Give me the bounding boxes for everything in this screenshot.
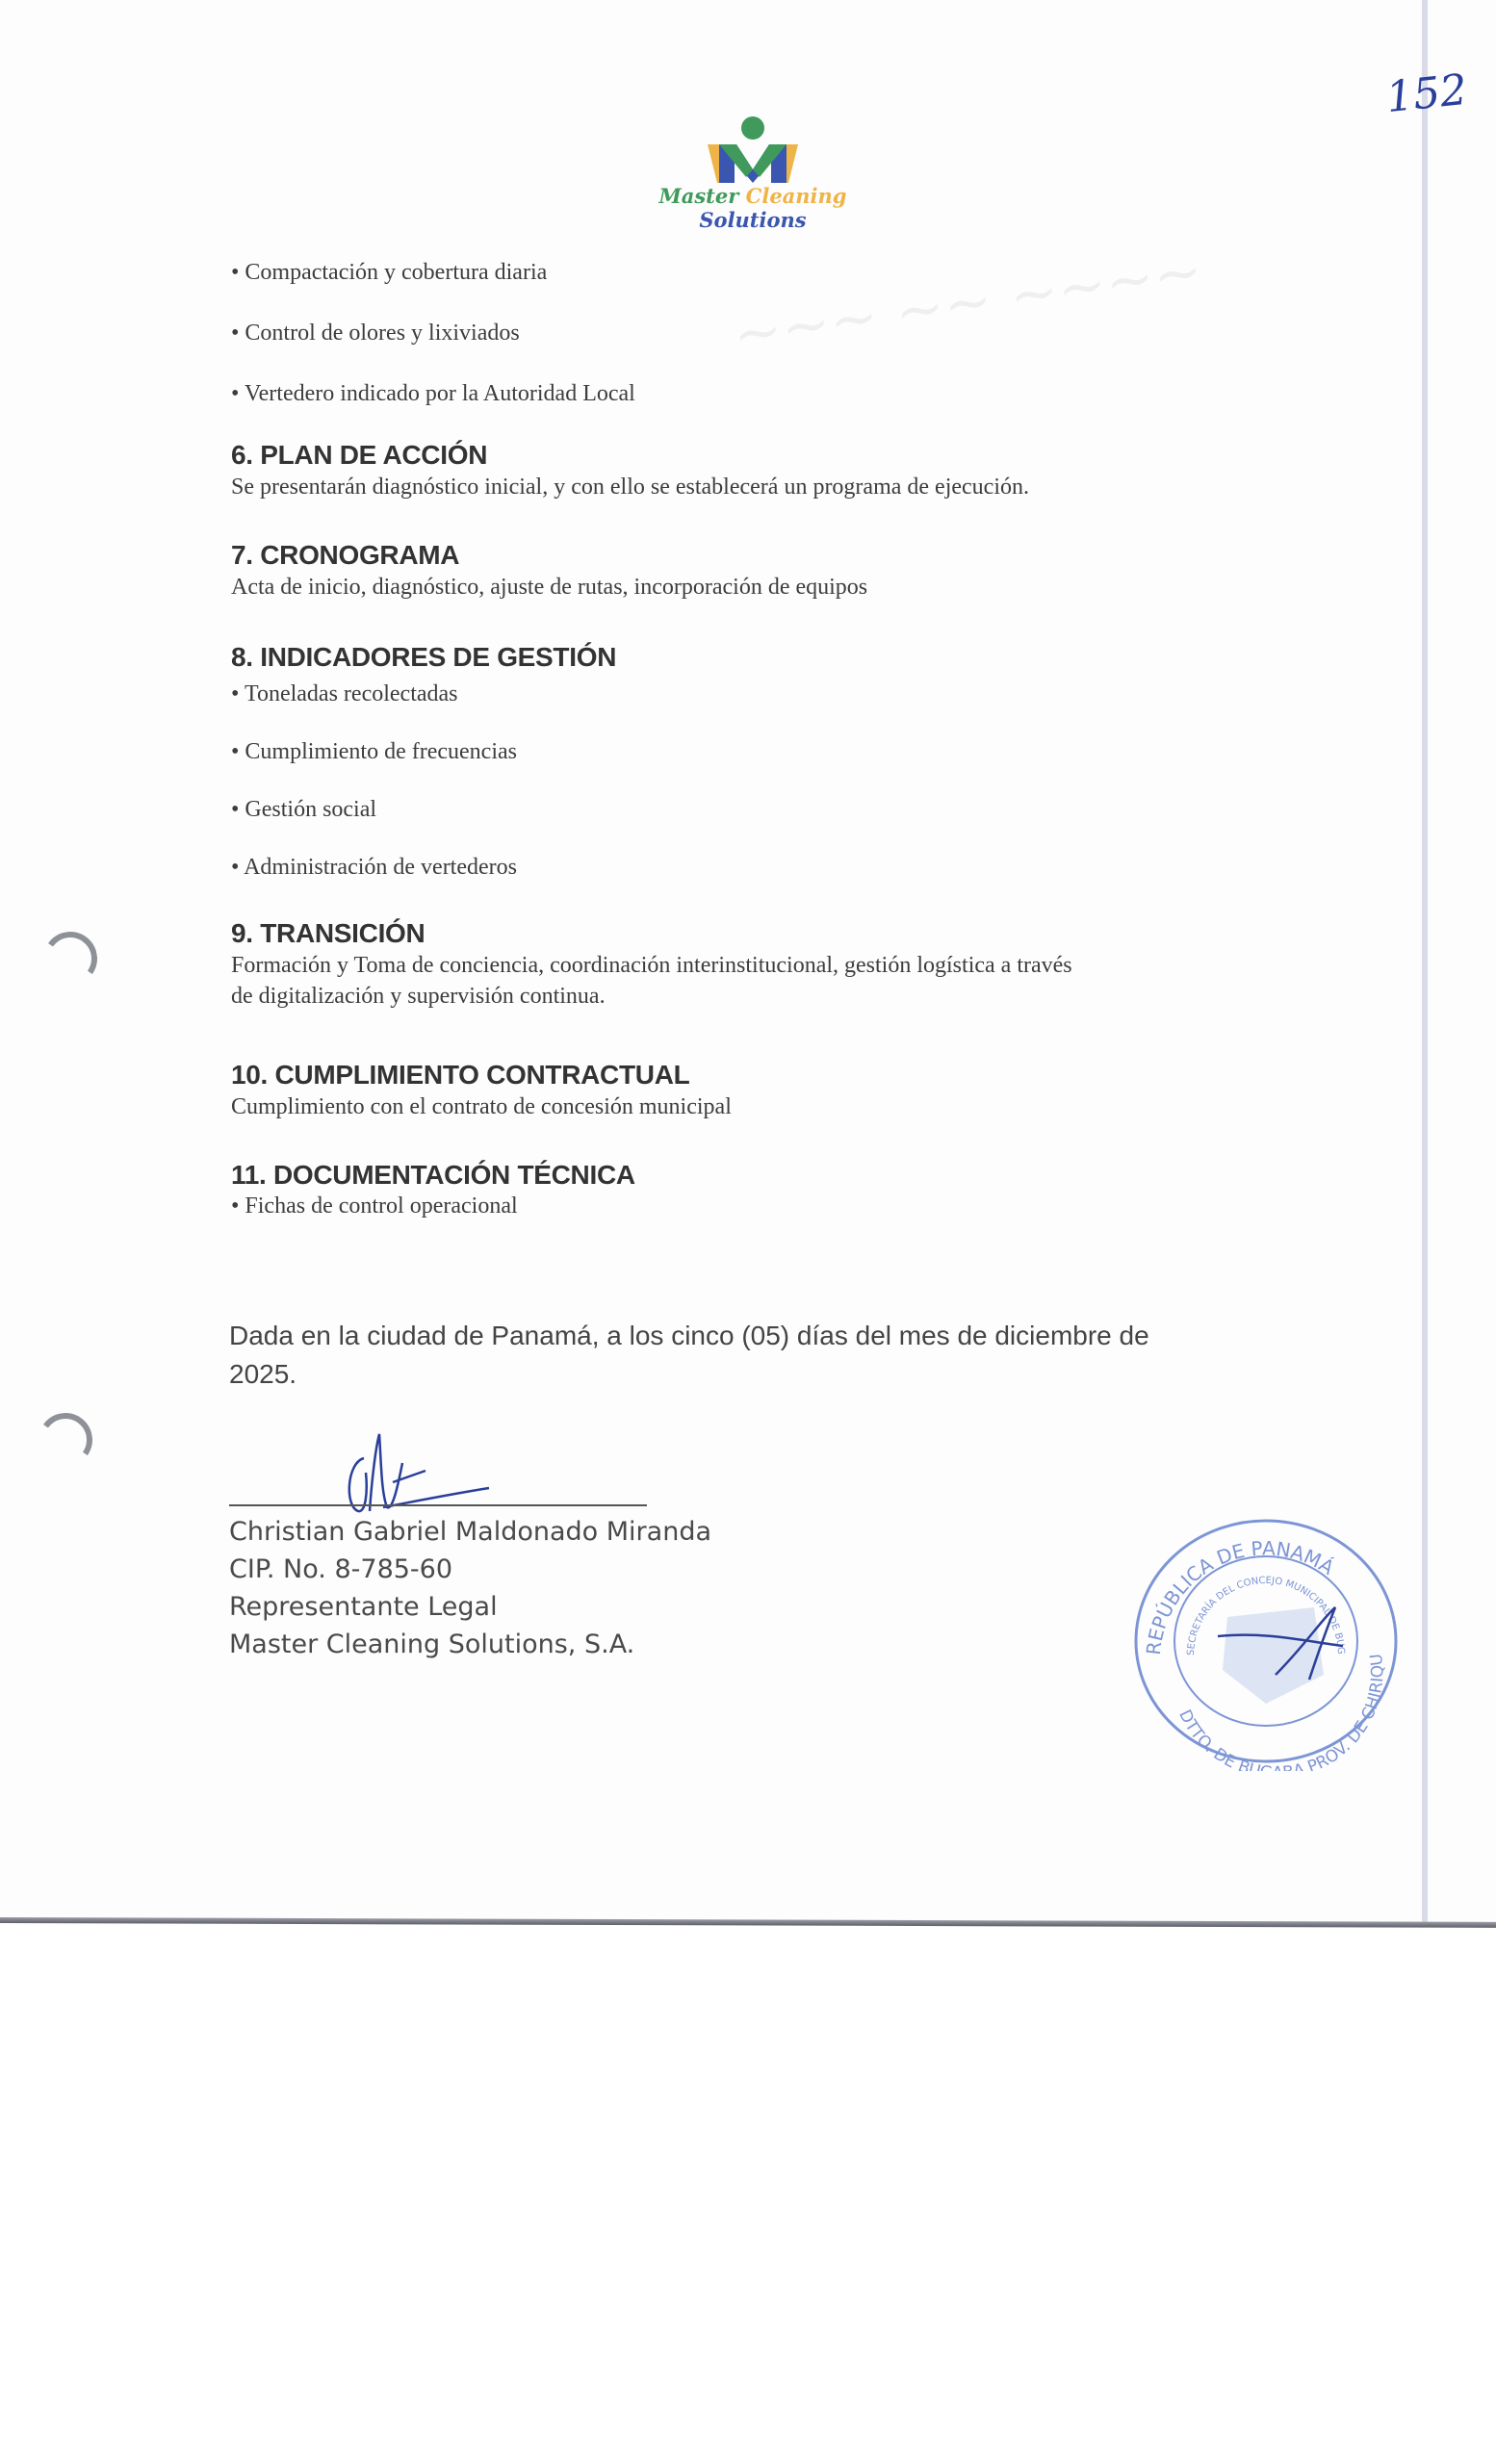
list-item: • Control de olores y lixiviados xyxy=(231,319,520,347)
section-transicion: 9. TRANSICIÓN Formación y Toma de concie… xyxy=(231,917,1290,1012)
signature-line xyxy=(229,1504,647,1506)
section-paragraph-line: de digitalización y supervisión continua… xyxy=(231,981,1290,1012)
list-item: • Compactación y cobertura diaria xyxy=(231,258,547,287)
company-logo: Master Cleaning Solutions xyxy=(651,115,855,233)
section-heading: 10. CUMPLIMIENTO CONTRACTUAL xyxy=(231,1059,1290,1091)
section-paragraph: Cumplimiento con el contrato de concesió… xyxy=(231,1091,1290,1122)
page-edge-shadow xyxy=(1422,0,1428,1923)
section-indicadores: 8. INDICADORES DE GESTIÓN • Toneladas re… xyxy=(231,641,1290,674)
logo-word-master: Master xyxy=(659,184,739,208)
list-item: • Fichas de control operacional xyxy=(231,1192,1290,1220)
bleed-through-handwriting: ~~~ ~~ ~~~~ xyxy=(730,237,1207,370)
section-plan-de-accion: 6. PLAN DE ACCIÓN Se presentarán diagnós… xyxy=(231,439,1290,502)
official-stamp: REPÚBLICA DE PANAMÁ DTTO. DE BUGABA PROV… xyxy=(1122,1511,1410,1771)
signatory-cip: CIP. No. 8-785-60 xyxy=(229,1551,711,1588)
section-heading: 8. INDICADORES DE GESTIÓN xyxy=(231,641,1290,674)
section-heading: 6. PLAN DE ACCIÓN xyxy=(231,439,1290,472)
closing-line: 2025. xyxy=(229,1355,1250,1394)
list-item: • Gestión social xyxy=(231,795,376,824)
section-paragraph-line: Formación y Toma de conciencia, coordina… xyxy=(231,950,1290,981)
signatory-company: Master Cleaning Solutions, S.A. xyxy=(229,1626,711,1663)
logo-figure-icon xyxy=(700,115,806,185)
punch-hole-mark xyxy=(39,928,102,990)
punch-hole-mark xyxy=(35,1409,97,1472)
section-heading: 9. TRANSICIÓN xyxy=(231,917,1290,950)
section-paragraph: Acta de inicio, diagnóstico, ajuste de r… xyxy=(231,572,1290,603)
list-item: • Vertedero indicado por la Autoridad Lo… xyxy=(231,379,635,408)
handwritten-page-number: 152 xyxy=(1384,65,1470,122)
page-bottom-edge xyxy=(0,1917,1496,1928)
section-cumplimiento: 10. CUMPLIMIENTO CONTRACTUAL Cumplimient… xyxy=(231,1059,1290,1122)
list-item: • Toneladas recolectadas xyxy=(231,680,458,708)
section-heading: 11. DOCUMENTACIÓN TÉCNICA xyxy=(231,1159,1290,1192)
section-documentacion: 11. DOCUMENTACIÓN TÉCNICA • Fichas de co… xyxy=(231,1159,1290,1220)
section-heading: 7. CRONOGRAMA xyxy=(231,539,1290,572)
logo-word-cleaning: Cleaning xyxy=(746,184,847,208)
signatory-role: Representante Legal xyxy=(229,1588,711,1626)
logo-word-solutions: Solutions xyxy=(651,208,855,233)
list-item: • Administración de vertederos xyxy=(231,853,517,882)
signatory-name: Christian Gabriel Maldonado Miranda xyxy=(229,1513,711,1551)
section-cronograma: 7. CRONOGRAMA Acta de inicio, diagnóstic… xyxy=(231,539,1290,603)
list-item: • Cumplimiento de frecuencias xyxy=(231,737,517,766)
signatory-block: Christian Gabriel Maldonado Miranda CIP.… xyxy=(229,1513,711,1663)
closing-line: Dada en la ciudad de Panamá, a los cinco… xyxy=(229,1317,1250,1355)
scanned-page: ~~~ ~~ ~~~~ 152 Master Cleaning Solution… xyxy=(0,0,1496,1925)
section-paragraph: Se presentarán diagnóstico inicial, y co… xyxy=(231,472,1290,502)
closing-statement: Dada en la ciudad de Panamá, a los cinco… xyxy=(229,1317,1250,1394)
